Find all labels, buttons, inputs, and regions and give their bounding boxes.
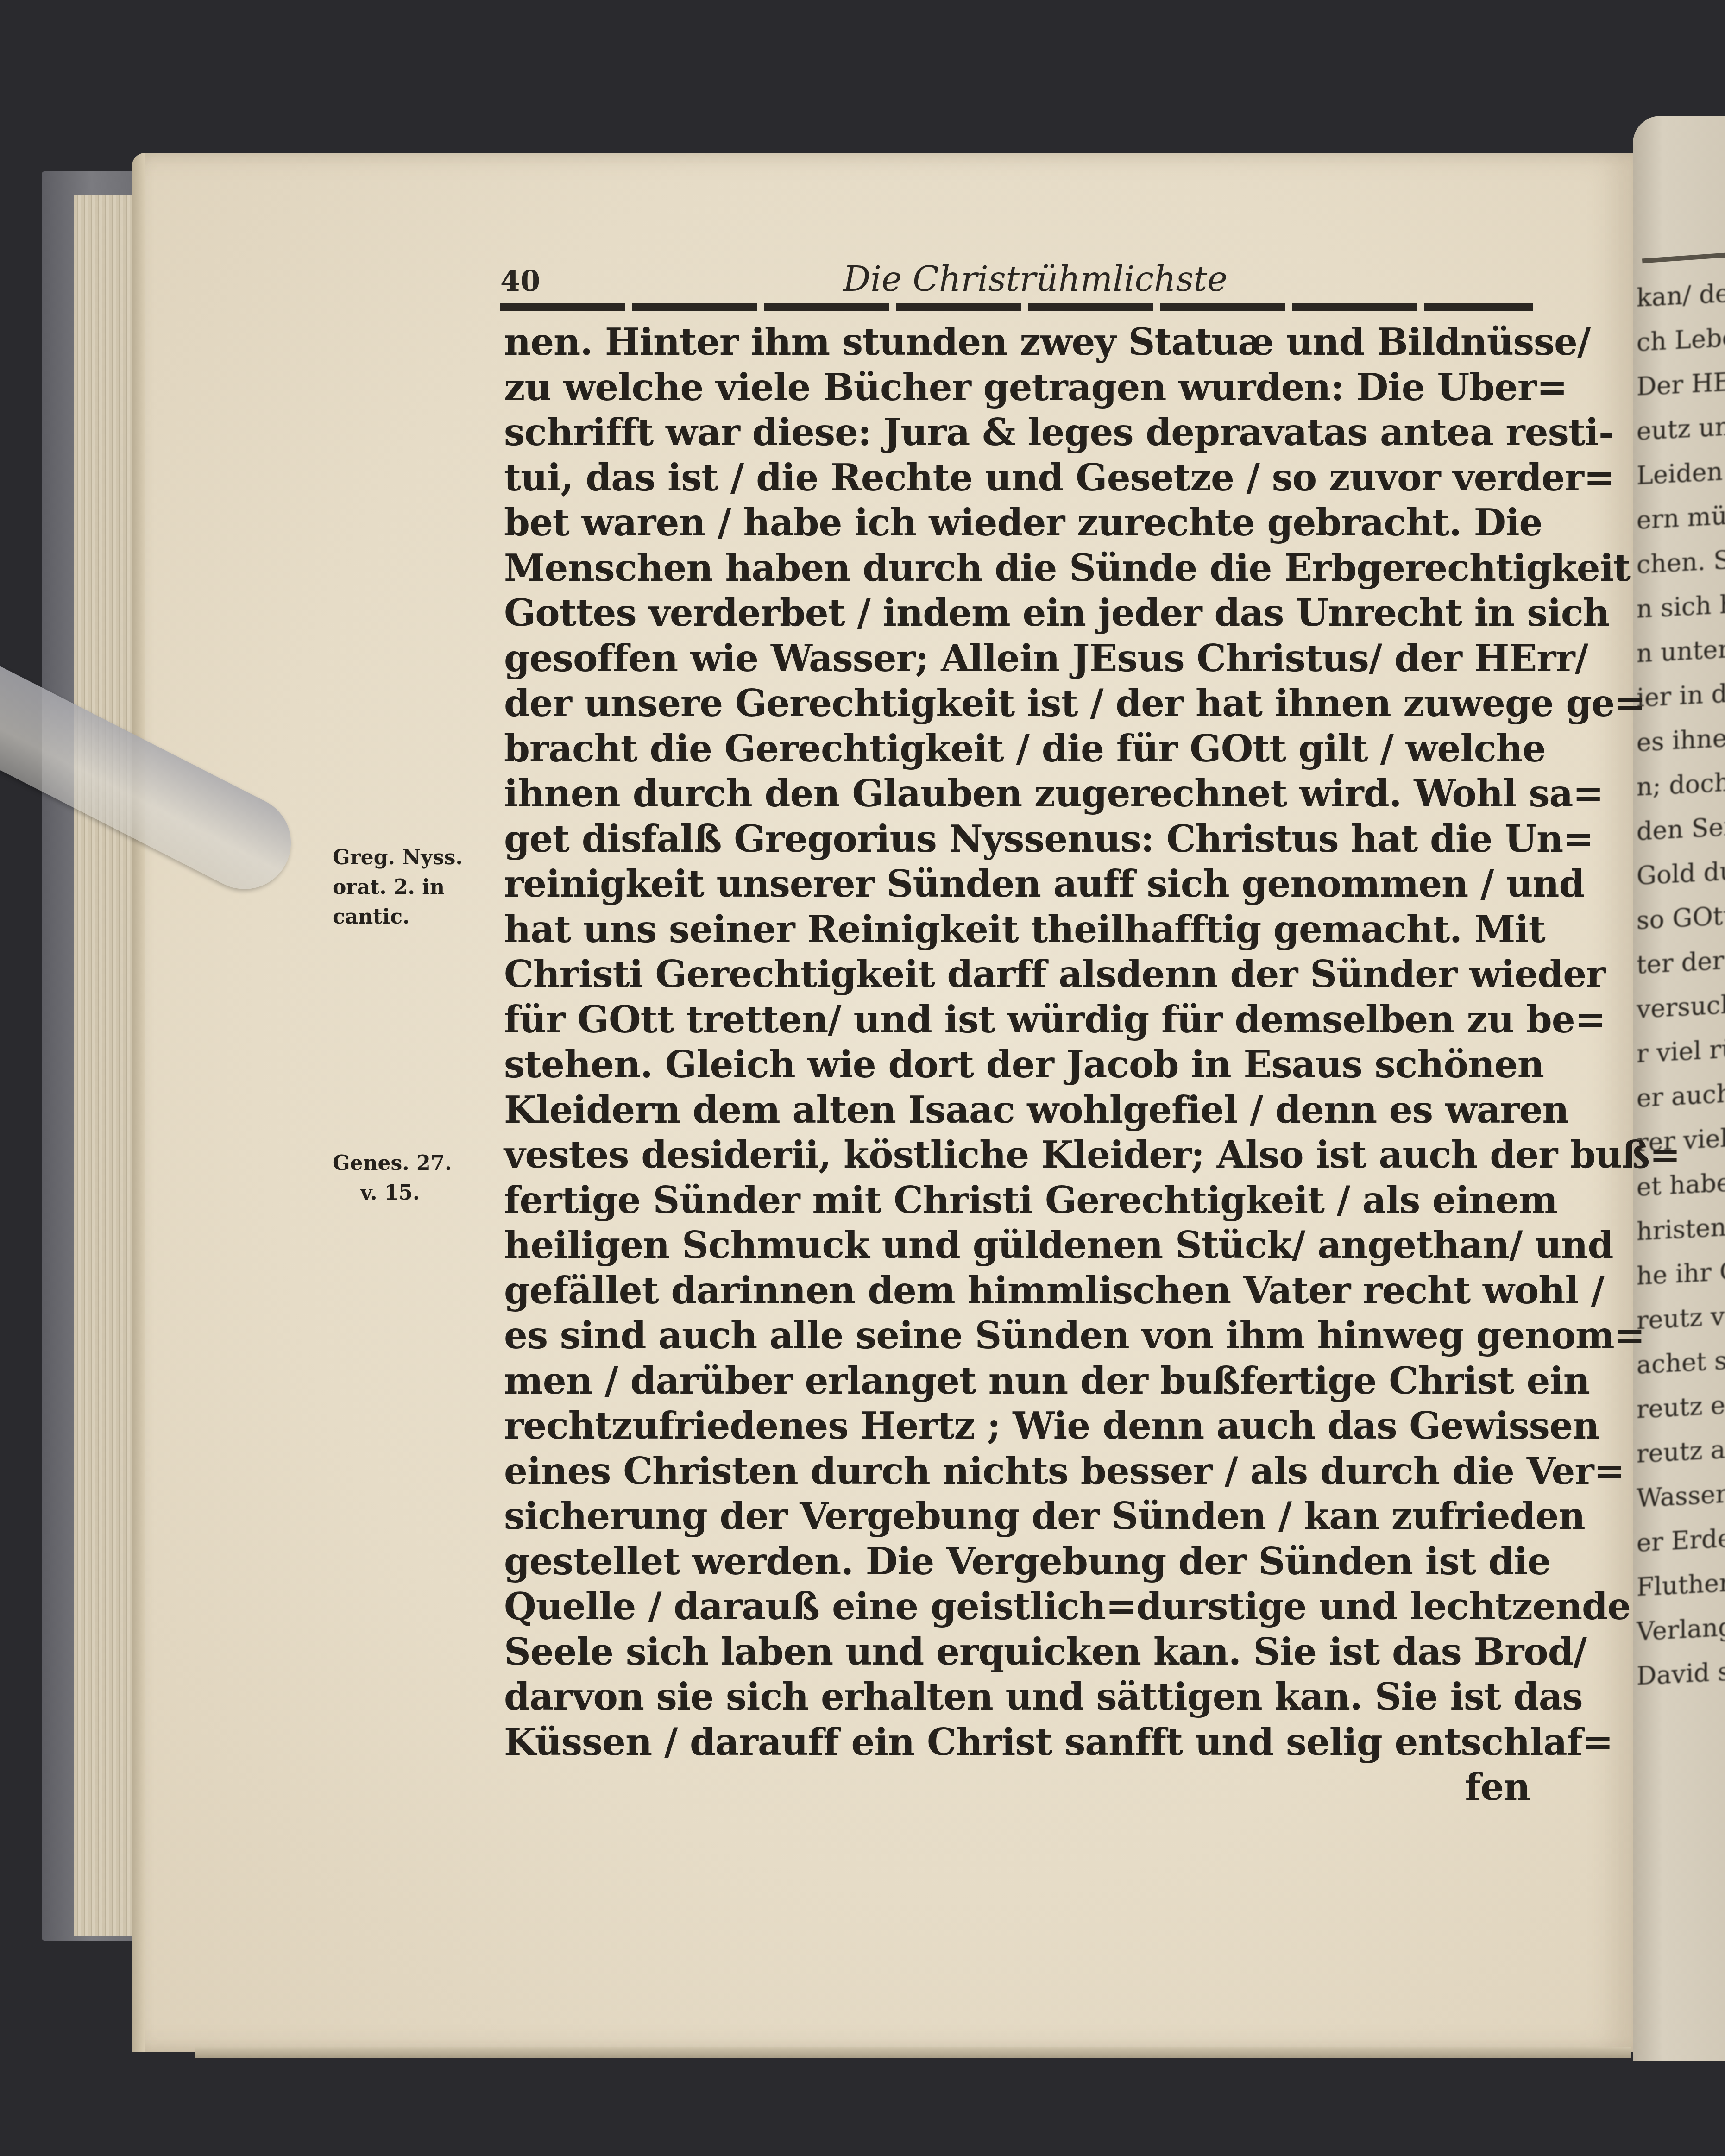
- text-line: men / darüber erlanget nun der bußfertig…: [504, 1358, 1530, 1404]
- page-header: 40 Die Christrühmlichste: [500, 259, 1529, 306]
- marginal-line: cantic.: [333, 902, 463, 932]
- body-text: nen. Hinter ihm stunden zwey Statuæ und …: [504, 320, 1530, 1810]
- text-line: rechtzufriedenes Hertz ; Wie denn auch d…: [504, 1403, 1530, 1449]
- facing-page-rule: [1642, 251, 1725, 264]
- text-line: get disfalß Gregorius Nyssenus: Christus…: [504, 817, 1530, 862]
- text-line: vestes desiderii, köstliche Kleider; Als…: [504, 1132, 1530, 1178]
- text-line: Kleidern dem alten Isaac wohlgefiel / de…: [504, 1087, 1530, 1133]
- text-line: sicherung der Vergebung der Sünden / kan…: [504, 1494, 1530, 1539]
- facing-page-line: kan/ denn w: [1637, 261, 1725, 320]
- text-line: Christi Gerechtigkeit darff alsdenn der …: [504, 952, 1530, 997]
- marginal-line: v. 15.: [333, 1178, 452, 1208]
- text-line: für GOtt tretten/ und ist würdig für dem…: [504, 997, 1530, 1043]
- text-line: schrifft war diese: Jura & leges deprava…: [504, 410, 1530, 455]
- page-gutter-edge: [132, 153, 145, 2052]
- text-line: gefället darinnen dem himmlischen Vater …: [504, 1268, 1530, 1314]
- text-line: darvon sie sich erhalten und sättigen ka…: [504, 1674, 1530, 1720]
- header-rule: [500, 303, 1533, 311]
- text-line: tui, das ist / die Rechte und Gesetze / …: [504, 455, 1530, 501]
- text-line: ihnen durch den Glauben zugerechnet wird…: [504, 771, 1530, 817]
- text-line: bracht die Gerechtigkeit / die für GOtt …: [504, 726, 1530, 772]
- text-line: es sind auch alle seine Sünden von ihm h…: [504, 1313, 1530, 1358]
- text-line: reinigkeit unserer Sünden auff sich geno…: [504, 861, 1530, 907]
- catchword: fen: [504, 1765, 1530, 1810]
- page-number: 40: [500, 264, 540, 298]
- marginal-line: orat. 2. in: [333, 873, 463, 902]
- text-line: Seele sich laben und erquicken kan. Sie …: [504, 1629, 1530, 1675]
- text-line: stehen. Gleich wie dort der Jacob in Esa…: [504, 1042, 1530, 1087]
- text-line: Menschen haben durch die Sünde die Erbge…: [504, 546, 1530, 591]
- page-bottom-edge: [195, 2047, 1631, 2058]
- text-line: bet waren / habe ich wieder zurechte geb…: [504, 500, 1530, 546]
- text-line: fertige Sünder mit Christi Gerechtigkeit…: [504, 1178, 1530, 1223]
- running-title: Die Christrühmlichste: [843, 259, 1228, 299]
- marginal-note-gregory: Greg. Nyss. orat. 2. in cantic.: [333, 843, 463, 932]
- text-line: gesoffen wie Wasser; Allein JEsus Christ…: [504, 636, 1530, 681]
- facing-page: kan/ denn wch Leben und GDer HErreutz un…: [1633, 116, 1725, 2061]
- marginal-note-genesis: Genes. 27. v. 15.: [333, 1149, 452, 1208]
- text-line: gestellet werden. Die Vergebung der Sünd…: [504, 1539, 1530, 1584]
- text-line: hat uns seiner Reinigkeit theilhafftig g…: [504, 907, 1530, 952]
- text-line: Quelle / darauß eine geistlich=durstige …: [504, 1584, 1530, 1629]
- facing-page-text: kan/ denn wch Leben und GDer HErreutz un…: [1637, 261, 1725, 1698]
- marginal-line: Greg. Nyss.: [333, 843, 463, 873]
- text-line: eines Christen durch nichts besser / als…: [504, 1449, 1530, 1494]
- text-line: zu welche viele Bücher getragen wurden: …: [504, 365, 1530, 410]
- text-line: der unsere Gerechtigkeit ist / der hat i…: [504, 681, 1530, 726]
- text-line: heiligen Schmuck und güldenen Stück/ ang…: [504, 1223, 1530, 1268]
- text-line: Küssen / darauff ein Christ sanfft und s…: [504, 1720, 1530, 1765]
- text-line: Gottes verderbet / indem ein jeder das U…: [504, 591, 1530, 636]
- text-line: nen. Hinter ihm stunden zwey Statuæ und …: [504, 320, 1530, 365]
- marginal-line: Genes. 27.: [333, 1149, 452, 1178]
